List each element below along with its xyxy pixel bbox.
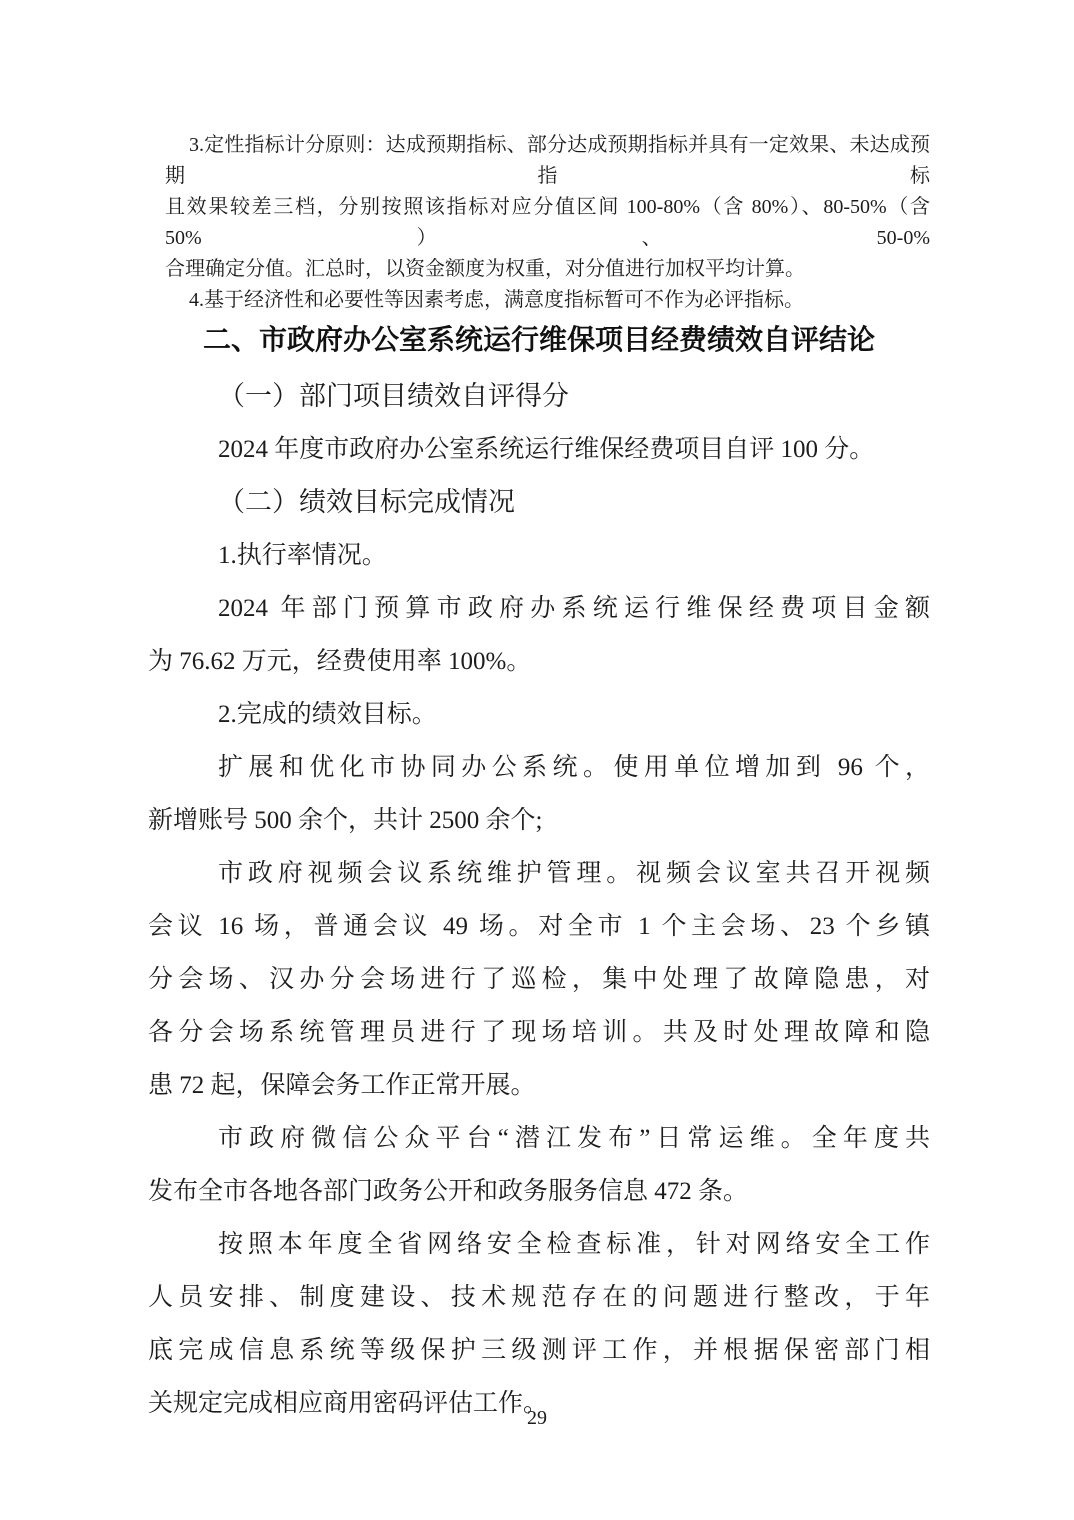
text-line: 新增账号 500 余个，共计 2500 余个;: [148, 794, 930, 847]
text-line: 2024 年度市政府办公室系统运行维保经费项目自评 100 分。: [148, 423, 930, 476]
sub-heading: （一）部门项目绩效自评得分: [148, 370, 930, 423]
text-line: 发布全市各地各部门政务公开和政务服务信息 472 条。: [148, 1165, 930, 1218]
text-line: 4.基于经济性和必要性等因素考虑，满意度指标暂可不作为必评指标。: [165, 285, 930, 316]
text-line: 扩展和优化市协同办公系统。使用单位增加到 96 个，: [148, 741, 930, 794]
sub-heading: （二）绩效目标完成情况: [148, 476, 930, 529]
text-line: 3.定性指标计分原则：达成预期指标、部分达成预期指标并具有一定效果、未达成预期指…: [165, 130, 930, 192]
text-line: 底完成信息系统等级保护三级测评工作，并根据保密部门相: [148, 1324, 930, 1377]
body-blocks: （一）部门项目绩效自评得分2024 年度市政府办公室系统运行维保经费项目自评 1…: [148, 370, 930, 1430]
body-paragraph: 1.执行率情况。: [148, 529, 930, 582]
text-line: 1.执行率情况。: [148, 529, 930, 582]
text-line: 人员安排、制度建设、技术规范存在的问题进行整改，于年: [148, 1271, 930, 1324]
text-line: 且效果较差三档，分别按照该指标对应分值区间 100-80%（含 80%）、80-…: [165, 192, 930, 254]
body-paragraph: 市政府微信公众平台“潜江发布”日常运维。全年度共发布全市各地各部门政务公开和政务…: [148, 1112, 930, 1218]
text-line: 市政府视频会议系统维护管理。视频会议室共召开视频: [148, 847, 930, 900]
body-paragraph: 按照本年度全省网络安全检查标准，针对网络安全工作人员安排、制度建设、技术规范存在…: [148, 1218, 930, 1430]
body-paragraph: 2024 年部门预算市政府办系统运行维保经费项目金额为 76.62 万元，经费使…: [148, 582, 930, 688]
page-footer: 29: [0, 1404, 1074, 1432]
body-paragraph: 扩展和优化市协同办公系统。使用单位增加到 96 个，新增账号 500 余个，共计…: [148, 741, 930, 847]
text-line: 会议 16 场，普通会议 49 场。对全市 1 个主会场、23 个乡镇: [148, 900, 930, 953]
note-paragraph: 3.定性指标计分原则：达成预期指标、部分达成预期指标并具有一定效果、未达成预期指…: [165, 130, 930, 285]
page-number: 29: [527, 1407, 547, 1429]
text-line: 为 76.62 万元，经费使用率 100%。: [148, 635, 930, 688]
text-line: 按照本年度全省网络安全检查标准，针对网络安全工作: [148, 1218, 930, 1271]
section-heading: 二、市政府办公室系统运行维保项目经费绩效自评结论: [148, 316, 930, 364]
body-paragraph: 市政府视频会议系统维护管理。视频会议室共召开视频会议 16 场，普通会议 49 …: [148, 847, 930, 1112]
text-line: 合理确定分值。汇总时，以资金额度为权重，对分值进行加权平均计算。: [165, 254, 930, 285]
text-line: 分会场、汉办分会场进行了巡检，集中处理了故障隐患，对: [148, 953, 930, 1006]
text-line: （二）绩效目标完成情况: [148, 476, 930, 529]
text-line: 各分会场系统管理员进行了现场培训。共及时处理故障和隐: [148, 1006, 930, 1059]
text-line: 市政府微信公众平台“潜江发布”日常运维。全年度共: [148, 1112, 930, 1165]
document-page: 3.定性指标计分原则：达成预期指标、部分达成预期指标并具有一定效果、未达成预期指…: [0, 0, 1074, 1520]
text-line: （一）部门项目绩效自评得分: [148, 370, 930, 423]
text-line: 患 72 起，保障会务工作正常开展。: [148, 1059, 930, 1112]
page-content: 3.定性指标计分原则：达成预期指标、部分达成预期指标并具有一定效果、未达成预期指…: [148, 130, 930, 1430]
body-paragraph: 2.完成的绩效目标。: [148, 688, 930, 741]
text-line: 2.完成的绩效目标。: [148, 688, 930, 741]
body-paragraph: 2024 年度市政府办公室系统运行维保经费项目自评 100 分。: [148, 423, 930, 476]
footnotes-block: 3.定性指标计分原则：达成预期指标、部分达成预期指标并具有一定效果、未达成预期指…: [148, 130, 930, 316]
text-line: 2024 年部门预算市政府办系统运行维保经费项目金额: [148, 582, 930, 635]
note-paragraph: 4.基于经济性和必要性等因素考虑，满意度指标暂可不作为必评指标。: [165, 285, 930, 316]
